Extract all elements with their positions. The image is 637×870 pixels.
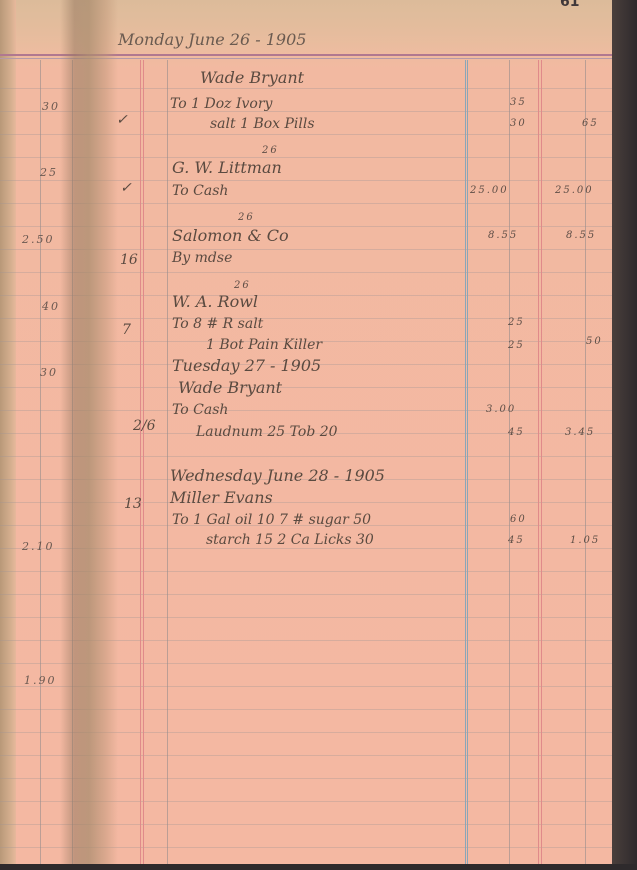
total-column-rule xyxy=(538,60,539,864)
binding-edge xyxy=(0,0,16,864)
margin-figure: 30 xyxy=(42,100,60,113)
margin-figure: 25 xyxy=(40,166,58,179)
entry-line: 1 Bot Pain Killer xyxy=(206,337,322,353)
margin-figure: 30 xyxy=(40,366,58,379)
margin-figure: 2.50 xyxy=(22,233,55,246)
day-heading: Wednesday June 28 - 1905 xyxy=(170,466,385,485)
line-amount: 25 xyxy=(508,340,525,351)
entry-date-mark: 26 xyxy=(234,280,251,291)
entry-date-mark: 26 xyxy=(262,145,279,156)
entry-name: Wade Bryant xyxy=(200,68,304,87)
description-column-rule xyxy=(167,60,168,864)
amount-column-rule xyxy=(467,60,468,864)
line-amount: 60 xyxy=(510,514,527,525)
line-amount: 8.55 xyxy=(488,230,518,241)
total-cents-column-rule xyxy=(585,60,586,864)
entry-line: salt 1 Box Pills xyxy=(210,116,315,132)
ledger-page: 61 Monday June 26 - 1905 Wade Bryant To … xyxy=(0,0,622,864)
entry-total: 3.45 xyxy=(565,427,595,438)
entry-line: To 1 Doz Ivory xyxy=(170,96,272,112)
cents-column-rule xyxy=(509,60,510,864)
folio-column-rule xyxy=(140,60,141,864)
line-amount: 30 xyxy=(510,118,527,129)
page-heading: Monday June 26 - 1905 xyxy=(118,30,306,49)
margin-figure: 2.10 xyxy=(22,540,55,553)
posting-folio-ref: 13 xyxy=(124,496,142,512)
entry-line: Laudnum 25 Tob 20 xyxy=(196,424,338,440)
entry-name: G. W. Littman xyxy=(172,158,282,177)
margin-figure: 40 xyxy=(42,300,60,313)
total-column-rule xyxy=(541,60,542,864)
line-amount: 3.00 xyxy=(486,404,516,415)
folio-number: 61 xyxy=(560,0,579,10)
line-amount: 45 xyxy=(508,427,525,438)
amount-column-rule xyxy=(465,60,466,864)
entry-line: By mdse xyxy=(172,250,232,266)
book-edge-shadow xyxy=(612,0,637,870)
entry-line: To Cash xyxy=(172,402,228,418)
line-amount: 25.00 xyxy=(470,185,509,196)
entry-total: 1.05 xyxy=(570,535,600,546)
entry-line: To 8 # R salt xyxy=(172,316,263,332)
entry-total: 65 xyxy=(582,118,599,129)
posting-folio-ref: 2/6 xyxy=(133,418,156,434)
posting-folio-ref: 16 xyxy=(120,252,138,268)
posting-check-icon: ✓ xyxy=(120,180,132,196)
day-heading: Tuesday 27 - 1905 xyxy=(172,356,321,375)
entry-date-mark: 26 xyxy=(238,212,255,223)
posting-folio-ref: 7 xyxy=(122,322,131,338)
entry-line: To Cash xyxy=(172,183,228,199)
line-amount: 35 xyxy=(510,97,527,108)
margin-figure: 1.90 xyxy=(24,674,57,687)
entry-total: 25.00 xyxy=(555,185,594,196)
folio-column-rule xyxy=(143,60,144,864)
entry-line: To 1 Gal oil 10 7 # sugar 50 xyxy=(172,512,371,528)
posting-check-icon: ✓ xyxy=(116,112,128,128)
page-fold-shadow xyxy=(60,0,118,864)
entry-total: 50 xyxy=(586,336,603,347)
margin-column-rule xyxy=(40,60,41,864)
line-amount: 45 xyxy=(508,535,525,546)
entry-total: 8.55 xyxy=(566,230,596,241)
entry-name: Wade Bryant xyxy=(178,378,282,397)
entry-name: Salomon & Co xyxy=(172,226,289,245)
book-bottom-edge xyxy=(0,864,637,870)
entry-line: starch 15 2 Ca Licks 30 xyxy=(206,532,374,548)
entry-name: W. A. Rowl xyxy=(172,292,258,311)
line-amount: 25 xyxy=(508,317,525,328)
entry-name: Miller Evans xyxy=(170,488,273,507)
